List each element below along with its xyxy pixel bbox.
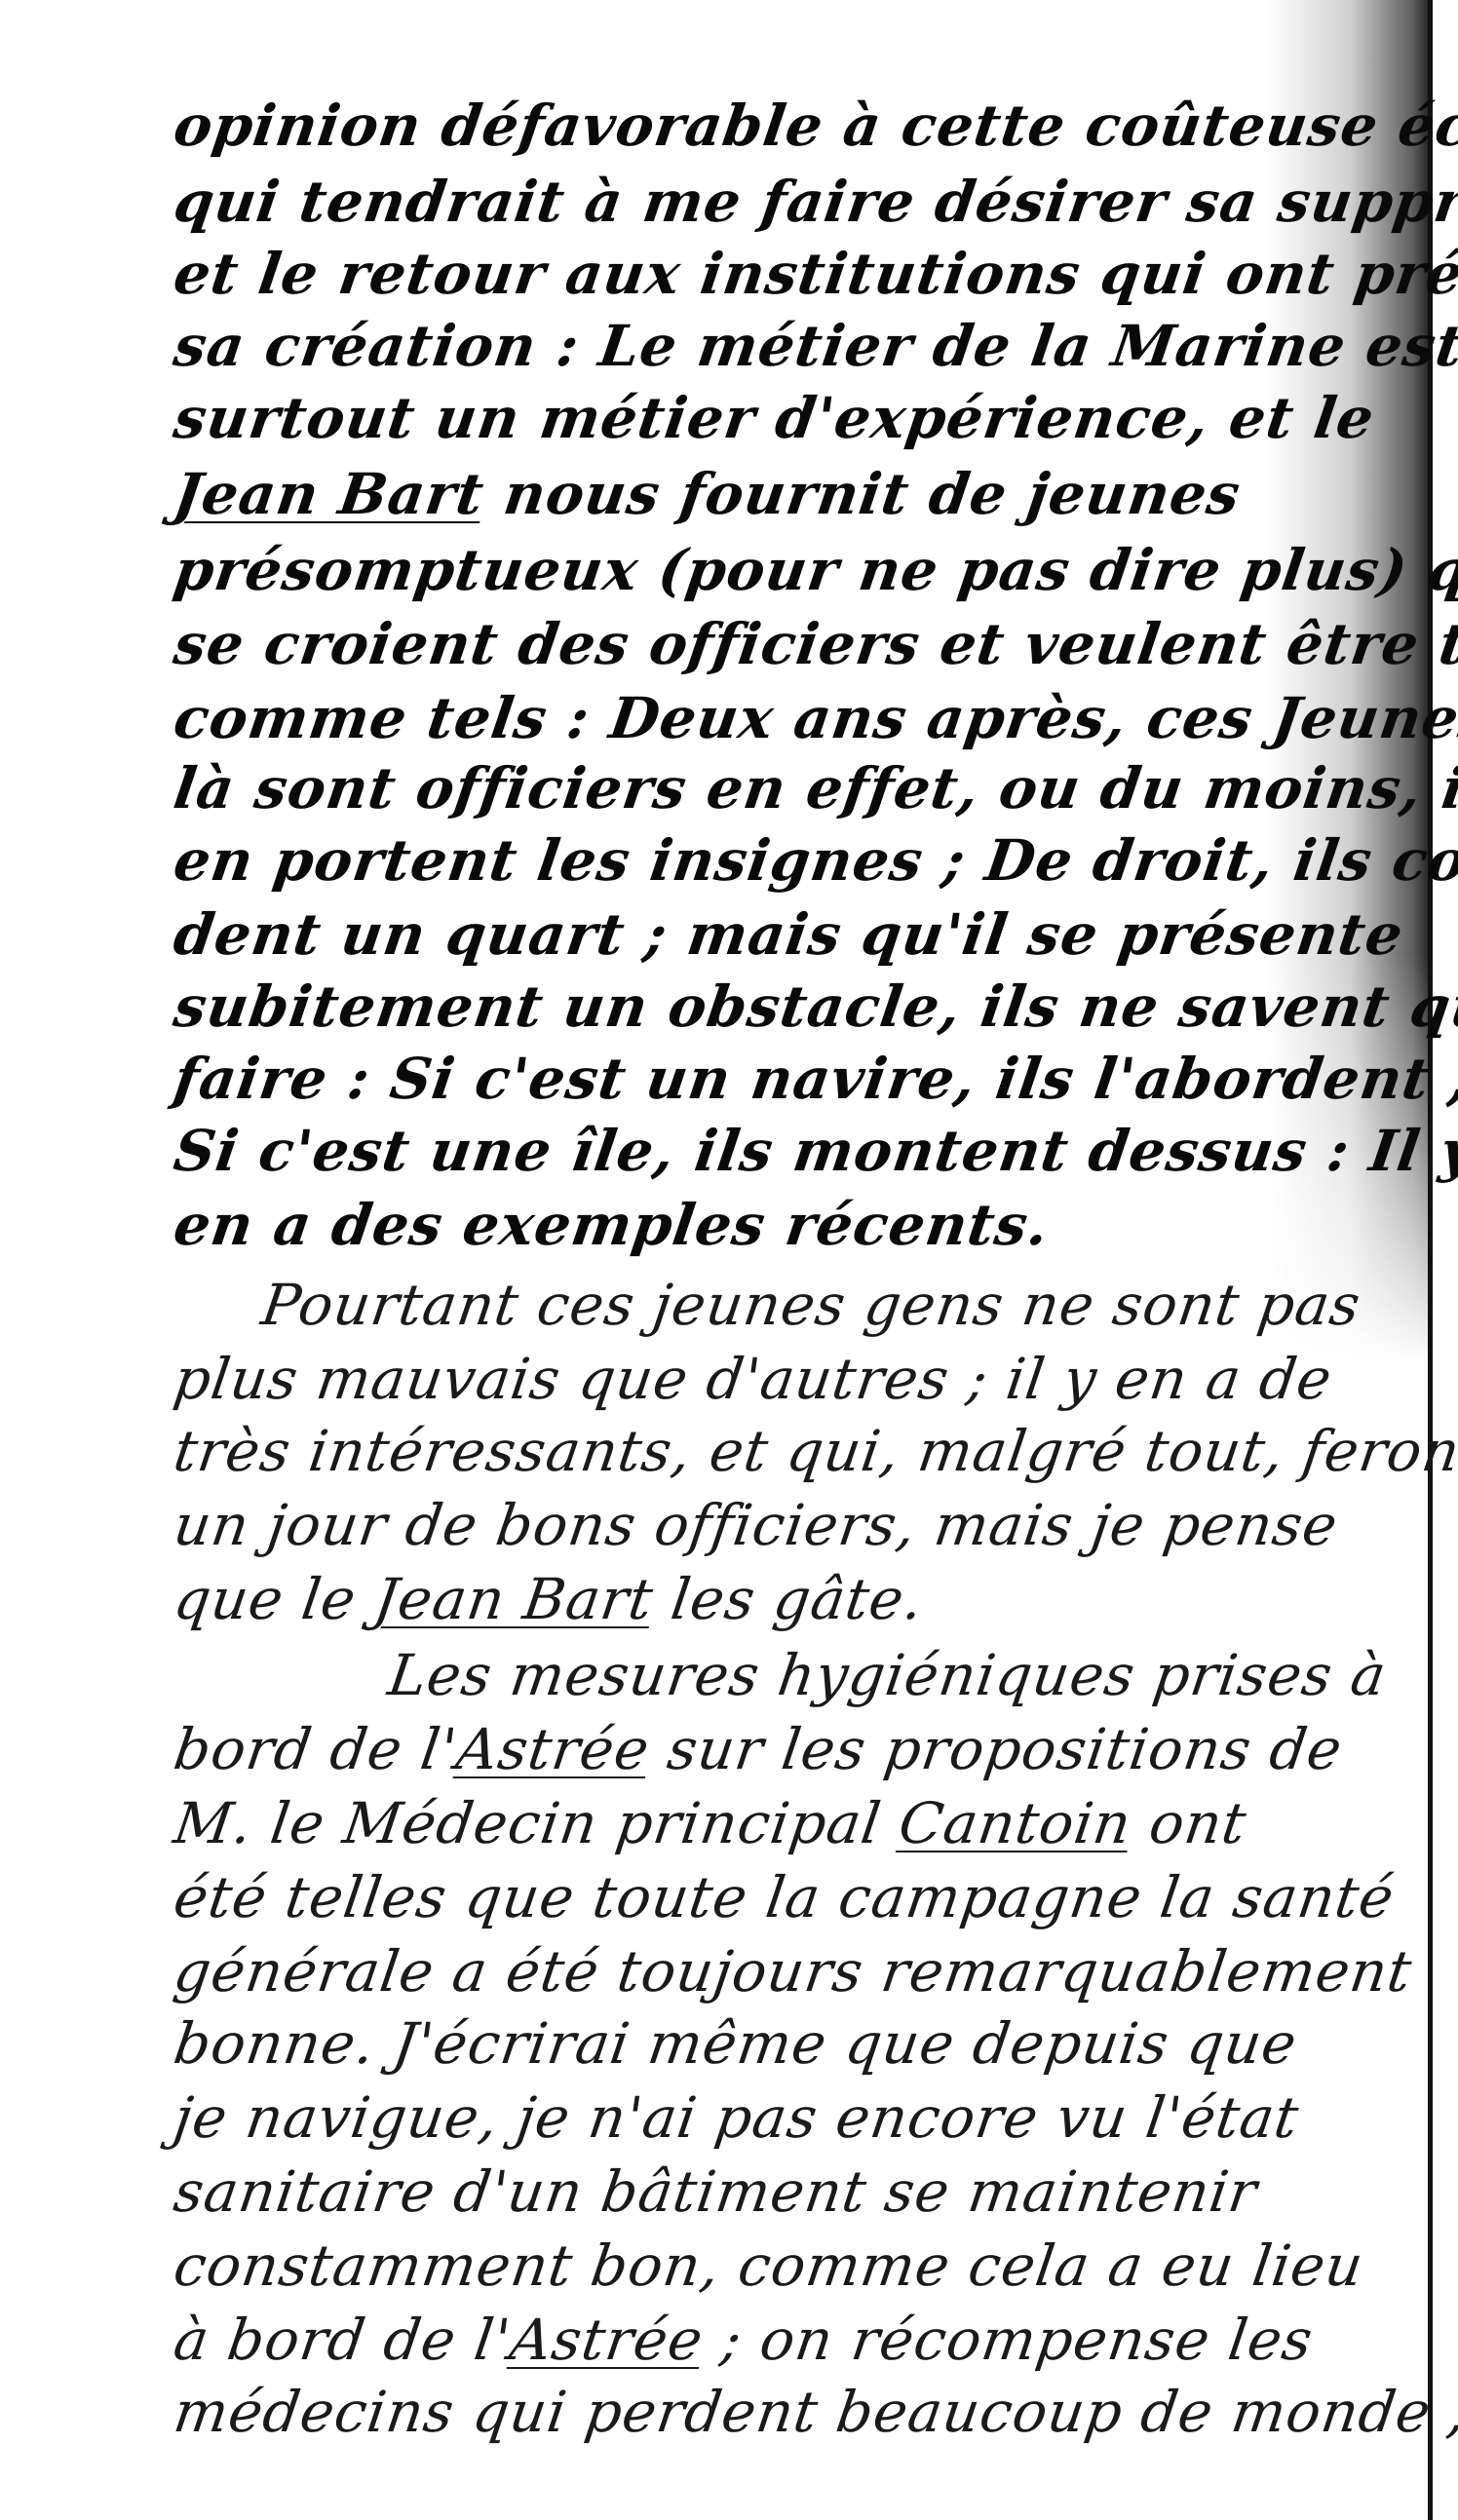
text-line: qui tendrait à me faire désirer sa suppr… bbox=[171, 173, 1458, 230]
text-line: bonne. J'écrirai même que depuis que bbox=[171, 2015, 1300, 2072]
text-line: en a des exemples récents. bbox=[171, 1197, 1053, 1253]
text-line: surtout un métier d'expérience, et le bbox=[171, 390, 1378, 446]
underlined-term: Cantoin bbox=[895, 1790, 1135, 1856]
underlined-term: Astrée bbox=[452, 1716, 654, 1782]
text-line: médecins qui perdent beaucoup de monde ; bbox=[171, 2384, 1458, 2440]
underlined-term: Jean Bart bbox=[170, 461, 488, 527]
text-line: opinion défavorable à cette coûteuse éco… bbox=[171, 97, 1458, 154]
text-line: je navigue, je n'ai pas encore vu l'état bbox=[171, 2089, 1302, 2146]
text-line: là sont officiers en effet, ou du moins,… bbox=[171, 760, 1458, 817]
text-line: Si c'est une île, ils montent dessus : I… bbox=[171, 1123, 1458, 1179]
text-line: plus mauvais que d'autres ; il y en a de bbox=[171, 1351, 1336, 1407]
text-line: générale a été toujours remarquablement bbox=[171, 1943, 1415, 2000]
text-line: sa création : Le métier de la Marine est bbox=[171, 318, 1458, 374]
text-line: se croient des officiers et veulent être… bbox=[171, 616, 1458, 672]
text-line: constamment bon, comme cela a eu lieu bbox=[171, 2237, 1367, 2294]
text-line: sanitaire d'un bâtiment se maintenir bbox=[171, 2163, 1261, 2220]
text-line: comme tels : Deux ans après, ces Jeunes … bbox=[171, 690, 1458, 746]
text-line: Pourtant ces jeunes gens ne sont pas bbox=[171, 1277, 1364, 1333]
text-line: que le Jean Bart les gâte. bbox=[171, 1571, 927, 1627]
text-line: faire : Si c'est un navire, ils l'aborde… bbox=[171, 1050, 1458, 1107]
scanned-manuscript-page: opinion défavorable à cette coûteuse éco… bbox=[0, 0, 1458, 2520]
text-line: subitement un obstacle, ils ne savent qu… bbox=[171, 978, 1458, 1035]
text-line: très intéressants, et qui, malgré tout, … bbox=[171, 1423, 1458, 1479]
text-line: présomptueux (pour ne pas dire plus) qui bbox=[171, 542, 1458, 598]
text-line: M. le Médecin principal Cantoin ont bbox=[171, 1795, 1250, 1852]
text-line: à bord de l'Astrée ; on récompense les bbox=[171, 2311, 1317, 2368]
text-line: un jour de bons officiers, mais je pense bbox=[171, 1497, 1341, 1553]
text-line: Les mesures hygiéniques prises à bbox=[171, 1647, 1390, 1703]
underlined-term: Astrée bbox=[506, 2307, 708, 2373]
text-line: dent un quart ; mais qu'il se présente bbox=[171, 906, 1406, 963]
text-line: en portent les insignes ; De droit, ils … bbox=[171, 832, 1458, 889]
text-line: et le retour aux institutions qui ont pr… bbox=[171, 246, 1458, 302]
text-line: Jean Bart nous fournit de jeunes bbox=[171, 466, 1244, 522]
underlined-term: Jean Bart bbox=[370, 1566, 658, 1632]
text-line: été telles que toute la campagne la sant… bbox=[171, 1869, 1398, 1926]
text-line: bord de l'Astrée sur les propositions de bbox=[171, 1721, 1346, 1777]
